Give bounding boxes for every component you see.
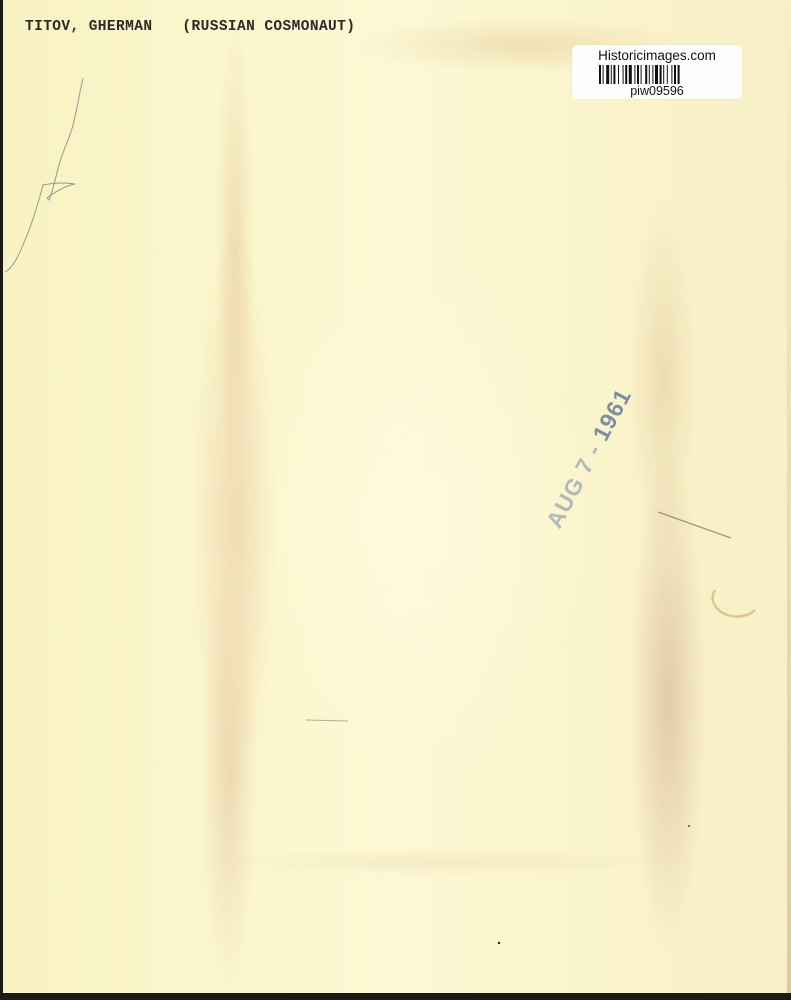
- ring-stain: [713, 590, 755, 617]
- dust-speck: [688, 825, 690, 827]
- pencil-dash: [306, 720, 348, 721]
- dust-speck: [498, 942, 500, 944]
- photo-back-sheet: TITOV, GHERMAN(RUSSIAN COSMONAUT) Histor…: [3, 0, 791, 993]
- ink-streak: [658, 512, 731, 538]
- pencil-scribble: [5, 78, 83, 272]
- pencil-marks-and-stains: [3, 0, 791, 993]
